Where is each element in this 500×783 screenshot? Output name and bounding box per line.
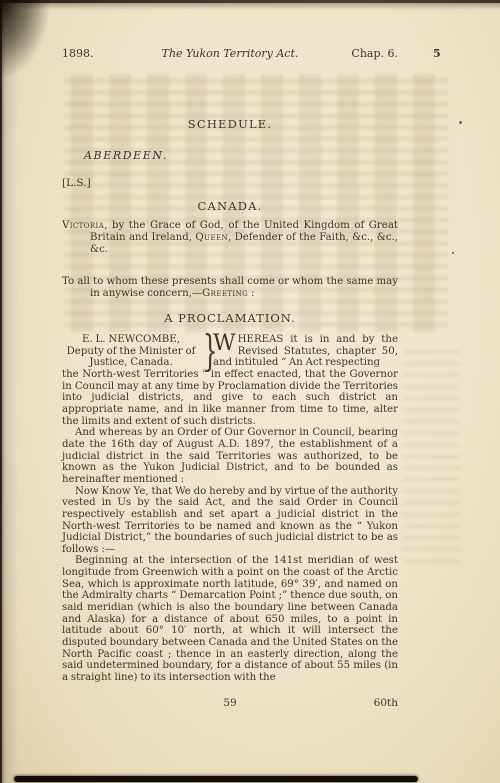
page-folio: 5: [433, 47, 441, 60]
royal-style-paragraph: Victoria, by the Grace of God, of the Un…: [62, 220, 398, 256]
aberdeen-signature: ABERDEEN.: [84, 149, 168, 162]
greeting-text: :: [248, 288, 254, 299]
whereas-first-text: HEREAS it is in and by the Revised Statu…: [213, 334, 398, 368]
whereas-opening-row: E. L. NEWCOMBE, Deputy of the Minister o…: [62, 334, 398, 369]
page-number: 59: [62, 697, 398, 709]
signatory-title-line: Justice, Canada.: [62, 357, 200, 369]
queen-smallcaps: Queen: [195, 232, 228, 243]
body-paragraph: Beginning at the intersection of the 141…: [62, 555, 398, 683]
scanned-document-page: 1898. The Yukon Territory Act. Chap. 6. …: [0, 0, 500, 783]
whereas-continuation: the North-west Territories ” in effect e…: [62, 369, 398, 427]
signatory-title-line: Deputy of the Minister of: [62, 346, 200, 358]
body-paragraph: And whereas by an Order of Our Governor …: [62, 427, 398, 485]
body-paragraph: Now Know Ye, that We do hereby and by vi…: [62, 486, 398, 556]
page-edge-left-line: [0, 0, 2, 783]
victoria-smallcaps: Victoria: [62, 220, 104, 231]
proclamation-heading: A PROCLAMATION.: [62, 311, 398, 325]
running-header: 1898. The Yukon Territory Act. Chap. 6.: [62, 47, 398, 60]
canada-heading: CANADA.: [62, 199, 398, 213]
seal-mark: [L.S.]: [62, 177, 91, 189]
header-chapter: Chap. 6.: [338, 47, 398, 60]
catchword: 60th: [374, 697, 398, 709]
ink-speck: [452, 252, 454, 254]
page-edge-top-shadow: [0, 3, 500, 10]
schedule-heading: SCHEDULE.: [62, 117, 398, 131]
signatory-name: E. L. NEWCOMBE,: [62, 334, 200, 346]
page-bottom-shadow: [14, 776, 418, 782]
page-edge-left: [0, 0, 18, 783]
greeting-smallcaps: Greeting: [202, 288, 248, 299]
page-corner-shadow: [0, 0, 70, 110]
bleedthrough-texture: [402, 345, 460, 565]
greeting-paragraph: To all to whom these presents shall come…: [62, 276, 398, 300]
brace-glyph: }: [203, 334, 210, 369]
header-title: The Yukon Territory Act.: [122, 47, 338, 60]
ink-speck: [459, 121, 462, 124]
signatory-block: E. L. NEWCOMBE, Deputy of the Minister o…: [62, 334, 200, 369]
header-year: 1898.: [62, 47, 122, 60]
whereas-first-lines: WHEREAS it is in and by the Revised Stat…: [213, 334, 398, 369]
proclamation-body: E. L. NEWCOMBE, Deputy of the Minister o…: [62, 334, 398, 684]
